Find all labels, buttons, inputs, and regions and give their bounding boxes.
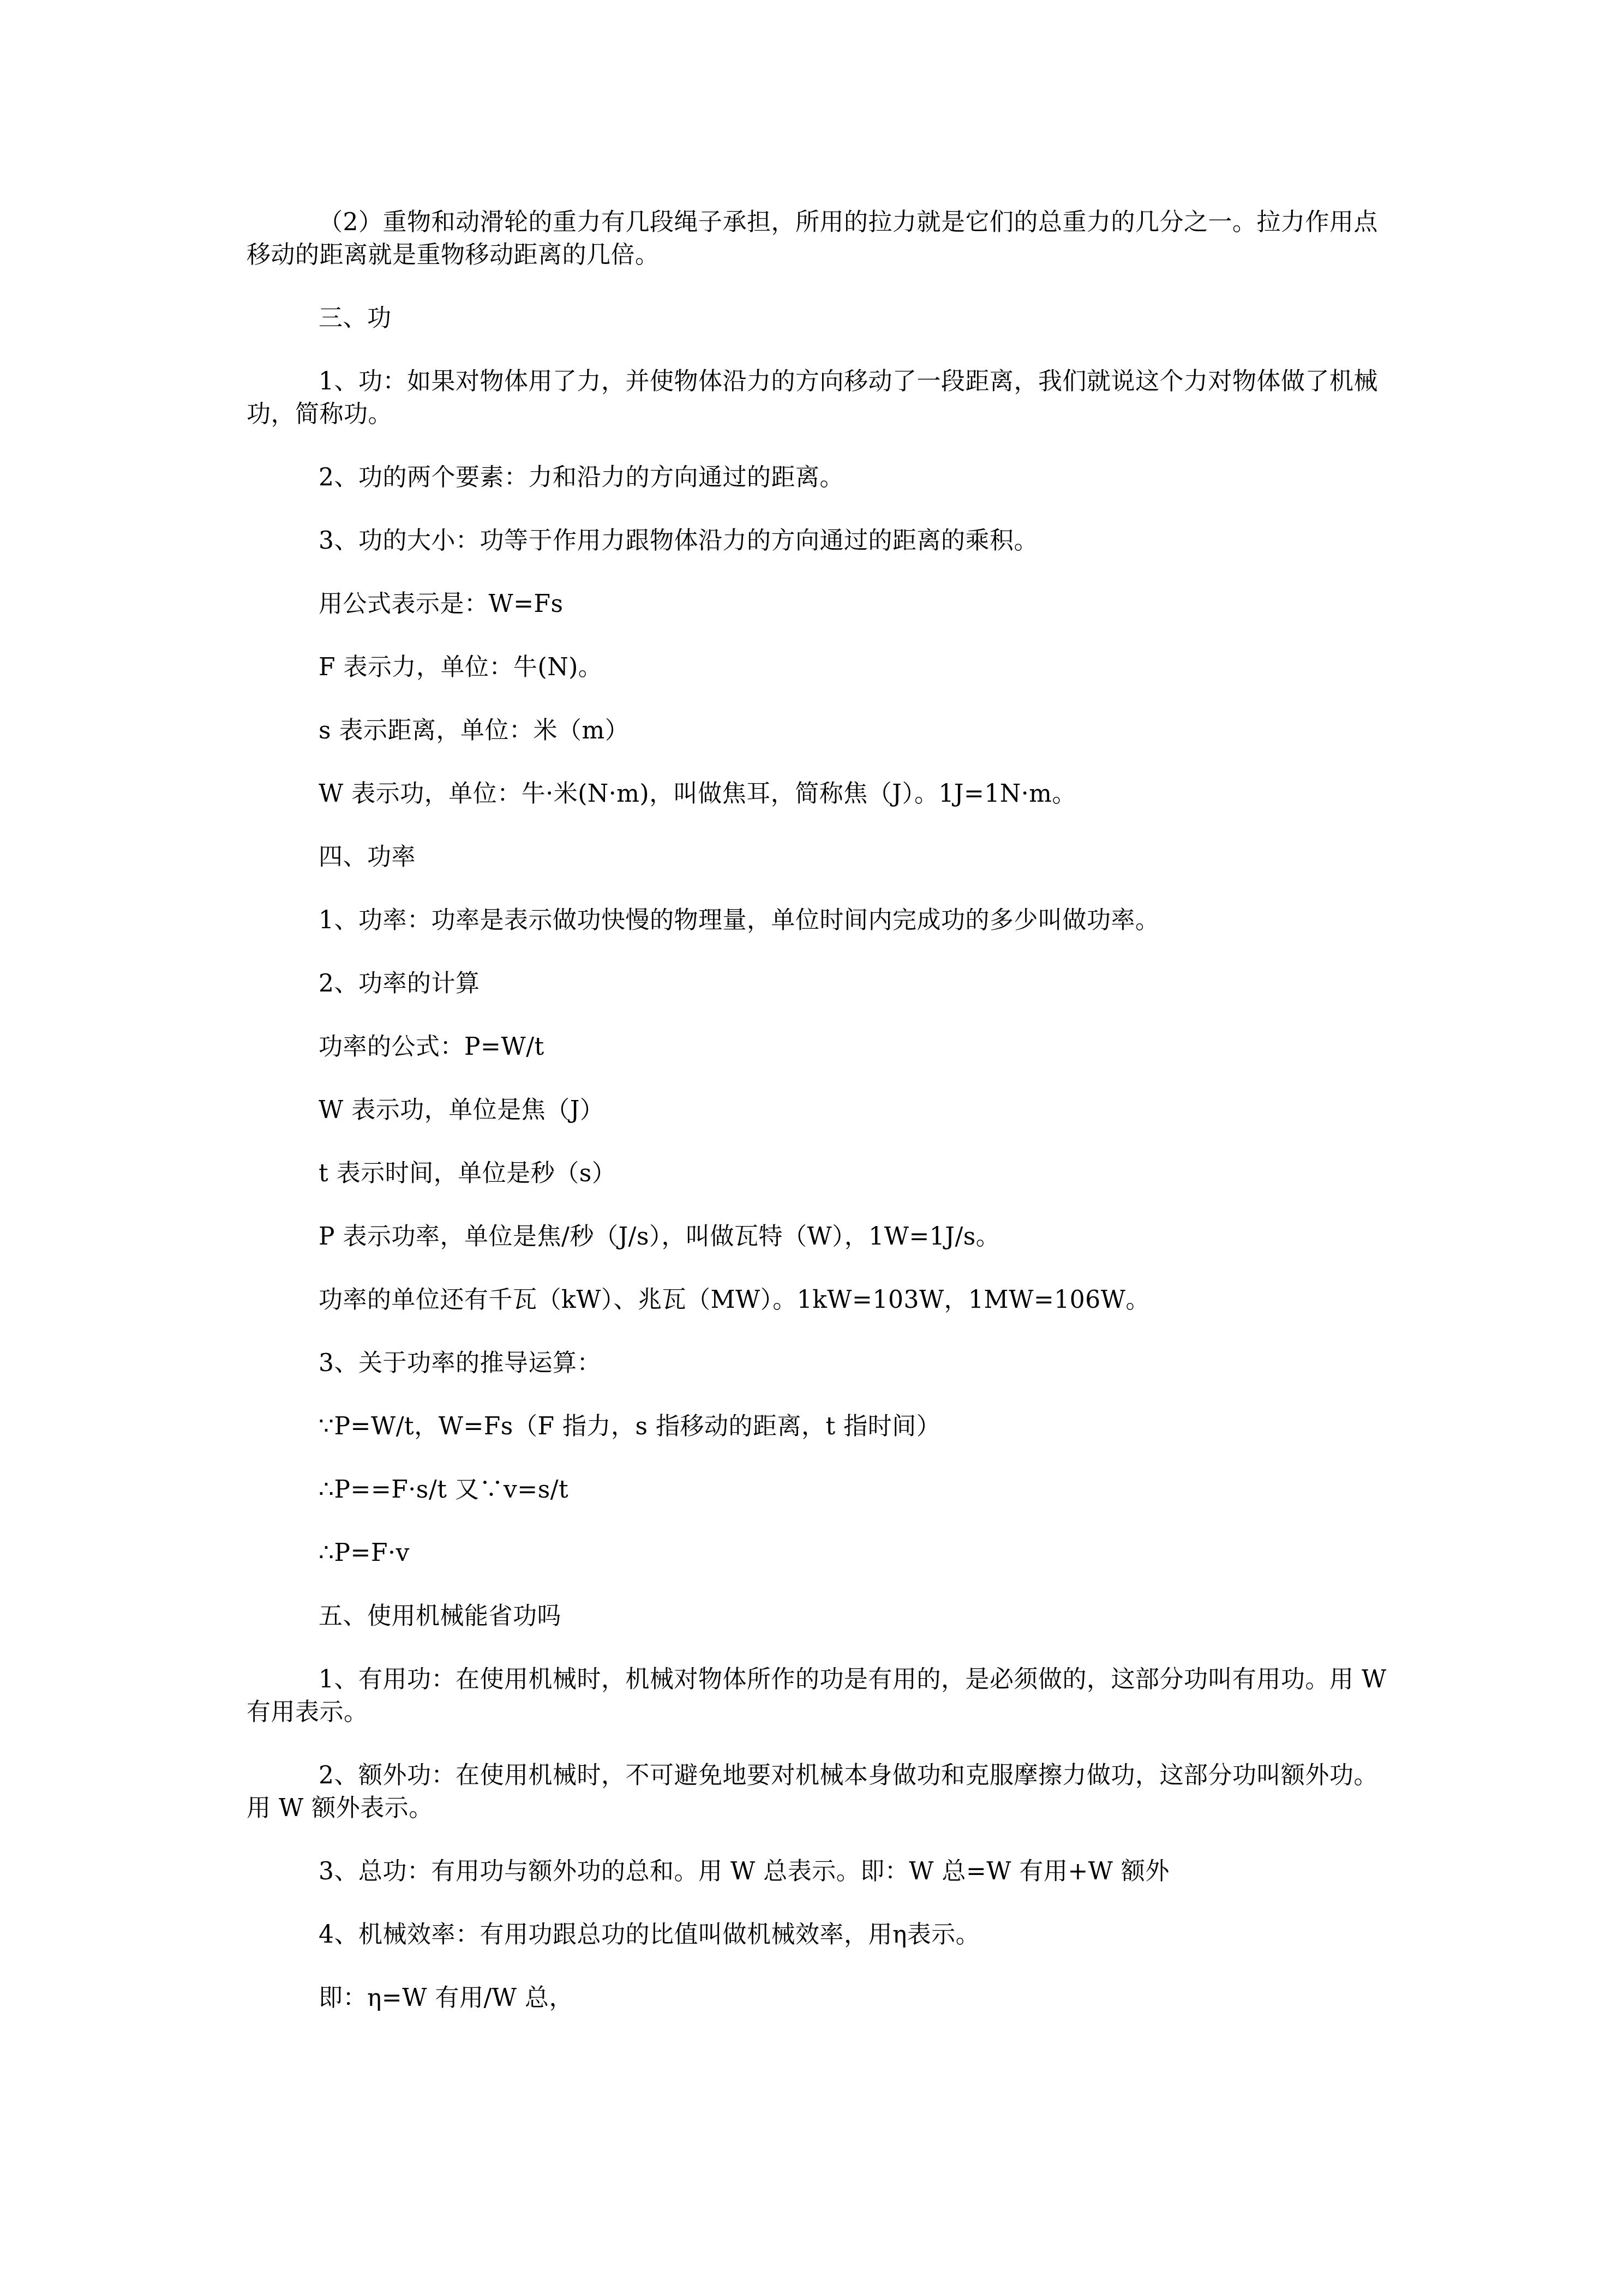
paragraph-power-other-units: 功率的单位还有千瓦（kW）、兆瓦（MW）。1kW=103W，1MW=106W。: [247, 1284, 1392, 1317]
paragraph-power-calculation: 2、功率的计算: [247, 967, 1392, 1000]
paragraph-distance-unit: s 表示距离，单位：米（m）: [247, 714, 1392, 747]
paragraph-pulley-force: （2）重物和动滑轮的重力有几段绳子承担，所用的拉力就是它们的总重力的几分之一。拉…: [247, 206, 1392, 272]
section-heading-machine-work: 五、使用机械能省功吗: [247, 1600, 1392, 1633]
document-page: （2）重物和动滑轮的重力有几段绳子承担，所用的拉力就是它们的总重力的几分之一。拉…: [247, 206, 1392, 2045]
paragraph-work-definition: 1、功：如果对物体用了力，并使物体沿力的方向移动了一段距离，我们就说这个力对物体…: [247, 365, 1392, 431]
paragraph-power-unit: P 表示功率，单位是焦/秒（J/s），叫做瓦特（W），1W=1J/s。: [247, 1221, 1392, 1253]
formula-power: 功率的公式：P=W/t: [247, 1031, 1392, 1063]
derivation-step-2: ∴P==F·s/t 又∵v=s/t: [247, 1474, 1392, 1506]
section-heading-work: 三、功: [247, 302, 1392, 335]
formula-efficiency: 即：η=W 有用/W 总，: [247, 1982, 1392, 2015]
paragraph-useful-work: 1、有用功：在使用机械时，机械对物体所作的功是有用的，是必须做的，这部分功叫有用…: [247, 1663, 1392, 1729]
paragraph-power-definition: 1、功率：功率是表示做功快慢的物理量，单位时间内完成功的多少叫做功率。: [247, 904, 1392, 937]
paragraph-work-elements: 2、功的两个要素：力和沿力的方向通过的距离。: [247, 461, 1392, 494]
formula-work: 用公式表示是：W=Fs: [247, 588, 1392, 621]
paragraph-total-work: 3、总功：有用功与额外功的总和。用 W 总表示。即：W 总=W 有用+W 额外: [247, 1855, 1392, 1888]
paragraph-force-unit: F 表示力，单位：牛(N)。: [247, 651, 1392, 684]
paragraph-efficiency: 4、机械效率：有用功跟总功的比值叫做机械效率，用η表示。: [247, 1919, 1392, 1951]
paragraph-work-magnitude: 3、功的大小：功等于作用力跟物体沿力的方向通过的距离的乘积。: [247, 525, 1392, 557]
section-heading-power: 四、功率: [247, 841, 1392, 874]
derivation-step-1: ∵P=W/t，W=Fs（F 指力，s 指移动的距离，t 指时间）: [247, 1410, 1392, 1443]
paragraph-work-unit-joule: W 表示功，单位是焦（J）: [247, 1094, 1392, 1127]
paragraph-work-unit: W 表示功，单位：牛·米(N·m)，叫做焦耳，简称焦（J）。1J=1N·m。: [247, 778, 1392, 810]
paragraph-time-unit: t 表示时间，单位是秒（s）: [247, 1157, 1392, 1190]
paragraph-extra-work: 2、额外功：在使用机械时，不可避免地要对机械本身做功和克服摩擦力做功，这部分功叫…: [247, 1759, 1392, 1825]
derivation-step-3: ∴P=F·v: [247, 1537, 1392, 1570]
paragraph-power-derivation: 3、关于功率的推导运算：: [247, 1347, 1392, 1380]
